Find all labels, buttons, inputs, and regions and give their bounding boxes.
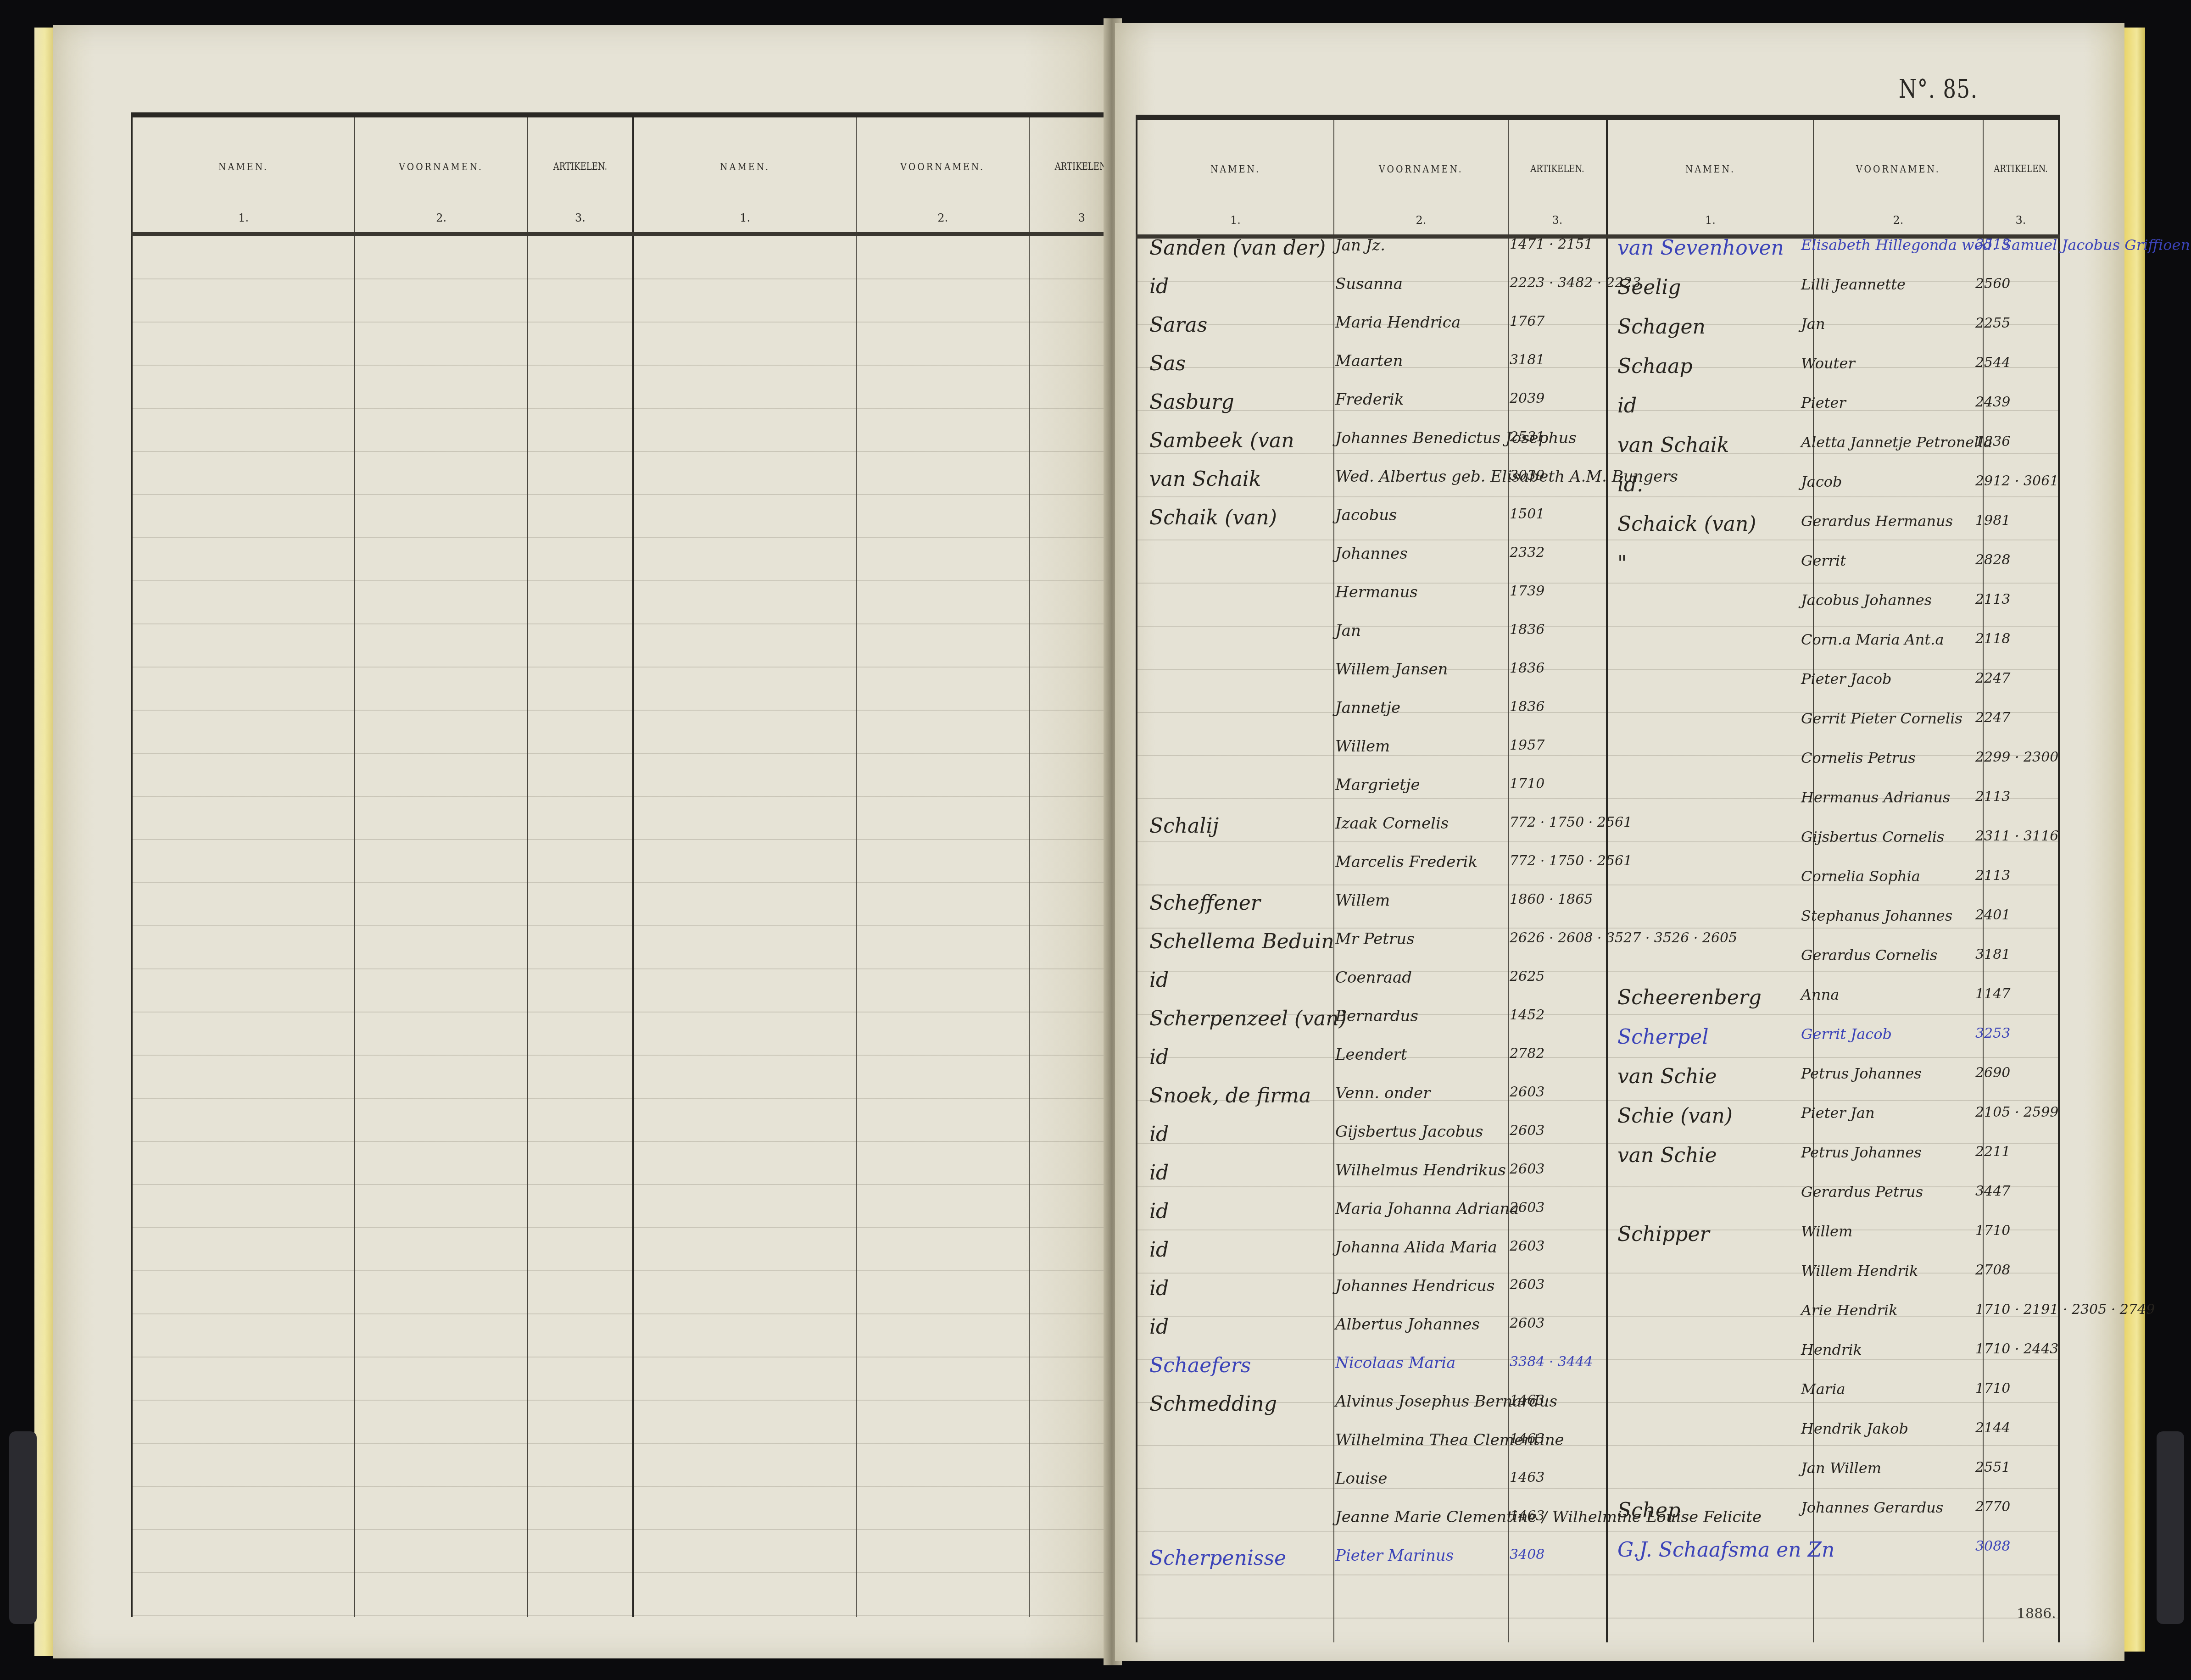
entry-given-names: Gerrit (1801, 552, 1846, 569)
entry-surname: van Schaik (1149, 467, 1261, 491)
entry-surname: id (1149, 1123, 1169, 1146)
entry-given-names: Jannetje (1335, 699, 1400, 717)
entry-article-numbers: 2113 (1975, 868, 2010, 884)
entry-article-numbers: 1981 (1975, 512, 2010, 528)
entry-article-numbers: 2332 (1510, 545, 1544, 561)
entry-surname: Schie (van) (1617, 1104, 1733, 1128)
entry-article-numbers: 2144 (1975, 1420, 2010, 1436)
entry-surname: Schep (1617, 1499, 1680, 1522)
entry-article-numbers: 1710 (1510, 776, 1544, 792)
entry-given-names: Hendrik (1801, 1341, 1862, 1358)
header-row: NAMEN.1. VOORNAMEN.2. ARTIKELEN.3. NAMEN… (132, 115, 1135, 234)
entry-given-names: Pieter Jacob (1801, 670, 1892, 688)
entry-given-names: Pieter Marinus (1335, 1546, 1454, 1565)
column-header-namen: NAMEN.1. (132, 115, 355, 234)
entry-article-numbers: 1463 (1510, 1431, 1544, 1447)
entry-article-numbers: 1739 (1510, 583, 1544, 599)
entry-given-names: Hermanus Adrianus (1801, 789, 1950, 806)
entry-given-names: Jacob (1801, 473, 1842, 490)
entry-given-names: Jacobus (1335, 506, 1397, 524)
entry-given-names: Maarten (1335, 352, 1403, 370)
entry-article-numbers: 2039 (1510, 390, 1544, 406)
entry-given-names: Venn. onder (1335, 1084, 1430, 1102)
entry-given-names: Gerardus Cornelis (1801, 946, 1937, 964)
entry-given-names: Arie Hendrik (1801, 1302, 1898, 1319)
entry-given-names: Petrus Johannes (1801, 1065, 1922, 1082)
entry-article-numbers: 2603 (1510, 1084, 1544, 1100)
entry-given-names: Albertus Johannes (1335, 1315, 1480, 1334)
right-page: N°. 85. NAMEN.1. VOORNAMEN.2. ARTIKELEN.… (1115, 23, 2124, 1661)
entry-given-names: Wouter (1801, 355, 1855, 372)
entry-surname: Schagen (1617, 315, 1706, 339)
entry-article-numbers: 2551 (1975, 1459, 2010, 1475)
entry-article-numbers: 2603 (1510, 1161, 1544, 1177)
column-header-artikelen: ARTIKELEN.3. (528, 115, 633, 234)
entry-given-names: Johannes (1335, 545, 1408, 563)
entry-surname: id (1149, 968, 1169, 992)
entry-surname: Sanden (van der) (1149, 236, 1326, 260)
entry-article-numbers: 772 · 1750 · 2561 (1510, 814, 1632, 830)
entry-given-names: Jan Willem (1801, 1459, 1881, 1477)
entry-surname: " (1617, 552, 1627, 575)
entry-article-numbers: 1710 (1975, 1223, 2010, 1239)
entry-article-numbers: 2439 (1975, 394, 2010, 410)
entry-given-names: Maria Hendrica (1335, 313, 1461, 332)
entry-given-names: Corn.a Maria Ant.a (1801, 631, 1944, 648)
column-header-artikelen: ARTIKELEN.3. (1983, 117, 2059, 237)
entry-article-numbers: 1501 (1510, 506, 1544, 522)
entry-surname: id (1149, 1238, 1169, 1262)
left-book-corner (9, 1431, 37, 1624)
empty-cell (528, 234, 633, 1618)
entry-surname: Scherpel (1617, 1025, 1708, 1049)
entry-given-names: Coenraad (1335, 968, 1412, 987)
entry-given-names: Izaak Cornelis (1335, 814, 1449, 833)
right-book-corner (2157, 1431, 2184, 1624)
entry-article-numbers: 2603 (1510, 1123, 1544, 1139)
entry-given-names: Wilhelmus Hendrikus (1335, 1161, 1506, 1179)
entry-article-numbers: 2626 · 2608 · 3527 · 3526 · 2605 (1510, 930, 1737, 946)
column-header-voornamen: VOORNAMEN.2. (856, 115, 1029, 234)
entry-given-names: Louise (1335, 1469, 1387, 1488)
entry-given-names: Anna (1801, 986, 1839, 1003)
entry-surname: van Schaik (1617, 434, 1729, 457)
entry-given-names: Willem (1335, 737, 1390, 756)
entry-article-numbers: 2113 (1975, 789, 2010, 805)
entry-given-names: Gijsbertus Cornelis (1801, 828, 1944, 846)
entry-surname: Scheerenberg (1617, 986, 1762, 1009)
entry-surname: van Schie (1617, 1144, 1717, 1167)
entry-given-names: Johannes Hendricus (1335, 1277, 1494, 1295)
entry-surname: id (1149, 1277, 1169, 1300)
header-row: NAMEN.1. VOORNAMEN.2. ARTIKELEN.3. NAMEN… (1137, 117, 2059, 237)
entry-article-numbers: 3513 (1975, 236, 2010, 252)
entry-given-names: Johannes Gerardus (1801, 1499, 1943, 1516)
entry-article-numbers: 2211 (1975, 1144, 2010, 1160)
footer-year: 1886. (2017, 1606, 2056, 1622)
entry-surname: Scherpenisse (1149, 1546, 1286, 1570)
entry-article-numbers: 1710 · 2443 (1975, 1341, 2058, 1357)
entry-surname: Schaefers (1149, 1354, 1251, 1377)
entry-surname: Schipper (1617, 1223, 1710, 1246)
entry-article-numbers: 1463 (1510, 1392, 1544, 1408)
entry-article-numbers: 3181 (1510, 352, 1544, 368)
column-header-artikelen: ARTIKELEN.3. (1508, 117, 1607, 237)
entry-given-names: Frederik (1335, 390, 1404, 409)
entry-given-names: Pieter (1801, 394, 1846, 412)
entry-given-names: Mr Petrus (1335, 930, 1415, 948)
entry-surname: Scheffener (1149, 891, 1260, 915)
entry-article-numbers: 3039 (1510, 467, 1544, 484)
entry-surname: Schellema Beduin (1149, 930, 1334, 953)
entry-given-names: Aletta Jannetje Petronella (1801, 434, 1992, 451)
entry-article-numbers: 2603 (1510, 1238, 1544, 1254)
column-header-namen: NAMEN.1. (1607, 117, 1813, 237)
entry-article-numbers: 2625 (1510, 968, 1544, 985)
entry-given-names: Pieter Jan (1801, 1104, 1874, 1122)
entry-article-numbers: 2113 (1975, 591, 2010, 607)
entry-article-numbers: 3181 (1975, 946, 2010, 962)
entry-given-names: Willem Jansen (1335, 660, 1448, 679)
entry-surname: Schaap (1617, 355, 1693, 378)
entry-surname: Saras (1149, 313, 1207, 337)
entry-article-numbers: 2255 (1975, 315, 2010, 331)
entry-article-numbers: 1836 (1510, 622, 1544, 638)
entry-surname: id (1617, 394, 1637, 417)
entry-surname: Seelig (1617, 276, 1681, 299)
entry-surname: Snoek, de firma (1149, 1084, 1311, 1107)
entry-given-names: Stephanus Johannes (1801, 907, 1952, 924)
entry-given-names: Gerardus Hermanus (1801, 512, 1953, 530)
entry-article-numbers: 1710 (1975, 1380, 2010, 1396)
entry-given-names: Gerrit Jacob (1801, 1025, 1892, 1043)
entry-surname: Sambeek (van (1149, 429, 1294, 452)
entry-given-names: Jeanne Marie Clementine / Wilhelmine Lou… (1335, 1508, 1762, 1526)
entry-given-names: Jan Jz. (1335, 236, 1385, 255)
entry-article-numbers: 2603 (1510, 1200, 1544, 1216)
entry-surname: Schaick (van) (1617, 512, 1756, 536)
entry-given-names: Gerrit Pieter Cornelis (1801, 710, 1962, 727)
entry-article-numbers: 1710 · 2191 · 2305 · 2749 (1975, 1302, 2155, 1318)
entry-article-numbers: 3253 (1975, 1025, 2010, 1041)
entry-article-numbers: 2603 (1510, 1315, 1544, 1331)
entry-surname: Schmedding (1149, 1392, 1277, 1416)
entry-article-numbers: 1836 (1510, 699, 1544, 715)
empty-cell (132, 234, 355, 1618)
entry-given-names: Cornelis Petrus (1801, 749, 1916, 767)
entry-given-names: Johanna Alida Maria (1335, 1238, 1497, 1257)
entry-given-names: Margrietje (1335, 776, 1420, 794)
entry-given-names: Jacobus Johannes (1801, 591, 1932, 609)
entry-surname: Sasburg (1149, 390, 1234, 414)
entry-given-names: Marcelis Frederik (1335, 853, 1477, 871)
entry-surname: id (1149, 1161, 1169, 1185)
entry-surname: id (1149, 1200, 1169, 1223)
right-page-edge (2124, 28, 2145, 1652)
entry-given-names: Willem (1335, 891, 1390, 910)
entry-article-numbers: 2118 (1975, 631, 2010, 647)
entry-article-numbers: 3447 (1975, 1183, 2010, 1199)
entry-article-numbers: 1463 (1510, 1469, 1544, 1485)
entry-given-names: Gerardus Petrus (1801, 1183, 1923, 1201)
entry-article-numbers: 1147 (1975, 986, 2010, 1002)
entry-surname: van Schie (1617, 1065, 1717, 1088)
entry-given-names: Jan (1335, 622, 1361, 640)
entry-article-numbers: 2912 · 3061 (1975, 473, 2058, 489)
entry-given-names: Maria Johanna Adriana (1335, 1200, 1519, 1218)
entry-given-names: Leendert (1335, 1046, 1407, 1064)
empty-body-row (132, 234, 1135, 1618)
entry-given-names: Petrus Johannes (1801, 1144, 1922, 1161)
entry-given-names: Bernardus (1335, 1007, 1418, 1025)
entry-given-names: Maria (1801, 1380, 1845, 1398)
entry-article-numbers: 2708 (1975, 1262, 2010, 1278)
entry-article-numbers: 2603 (1510, 1277, 1544, 1293)
entry-given-names: Gijsbertus Jacobus (1335, 1123, 1483, 1141)
empty-cell (633, 234, 856, 1618)
page-number: N°. 85. (1899, 74, 1978, 104)
entry-article-numbers: 1860 · 1865 (1510, 891, 1593, 907)
entry-surname: G.J. Schaafsma en Zn (1617, 1538, 1834, 1562)
entry-article-numbers: 2770 (1975, 1499, 2010, 1515)
entry-given-names: Hendrik Jakob (1801, 1420, 1908, 1437)
column-header-voornamen: VOORNAMEN.2. (1334, 117, 1508, 237)
left-register-table: NAMEN.1. VOORNAMEN.2. ARTIKELEN.3. NAMEN… (131, 112, 1136, 1617)
entry-article-numbers: 772 · 1750 · 2561 (1510, 853, 1632, 869)
entry-surname: id. (1617, 473, 1643, 496)
entry-article-numbers: 2299 · 2300 (1975, 749, 2058, 765)
entry-article-numbers: 2401 (1975, 907, 2010, 923)
entry-surname: Scherpenzeel (van) (1149, 1007, 1347, 1030)
entry-surname: Schalij (1149, 814, 1219, 838)
column-header-voornamen: VOORNAMEN.2. (1813, 117, 1983, 237)
empty-cell (355, 234, 528, 1618)
entry-given-names: Willem (1801, 1223, 1852, 1240)
entry-article-numbers: 2247 (1975, 710, 2010, 726)
column-header-namen: NAMEN.1. (1137, 117, 1334, 237)
entry-article-numbers: 2531 (1510, 429, 1544, 445)
entry-article-numbers: 2247 (1975, 670, 2010, 686)
entry-article-numbers: 1767 (1510, 313, 1544, 329)
entry-article-numbers: 1463 (1510, 1508, 1544, 1524)
entry-surname: id (1149, 275, 1169, 298)
entry-surname: Schaik (van) (1149, 506, 1277, 529)
entry-surname: Sas (1149, 352, 1186, 375)
entry-article-numbers: 2311 · 3116 (1975, 828, 2058, 844)
entry-given-names: Susanna (1335, 275, 1403, 293)
column-header-voornamen: VOORNAMEN.2. (355, 115, 528, 234)
entry-article-numbers: 3408 (1510, 1546, 1544, 1563)
column-header-namen: NAMEN.1. (633, 115, 856, 234)
entry-given-names: Nicolaas Maria (1335, 1354, 1455, 1372)
entry-article-numbers: 1957 (1510, 737, 1544, 753)
entry-given-names: Jan (1801, 315, 1825, 333)
entry-article-numbers: 1452 (1510, 1007, 1544, 1023)
entry-surname: id (1149, 1046, 1169, 1069)
entry-article-numbers: 1836 (1975, 434, 2010, 450)
entry-given-names: Lilli Jeannette (1801, 276, 1906, 293)
entry-given-names: Willem Hendrik (1801, 1262, 1918, 1279)
entry-given-names: Hermanus (1335, 583, 1418, 601)
entry-article-numbers: 2782 (1510, 1046, 1544, 1062)
entry-article-numbers: 2560 (1975, 276, 2010, 292)
left-page: NAMEN.1. VOORNAMEN.2. ARTIKELEN.3. NAMEN… (53, 25, 1108, 1658)
entry-article-numbers: 1471 · 2151 (1510, 236, 1593, 252)
entry-article-numbers: 3384 · 3444 (1510, 1354, 1593, 1370)
entry-article-numbers: 2828 (1975, 552, 2010, 568)
left-page-edge (34, 28, 55, 1656)
entry-article-numbers: 2690 (1975, 1065, 2010, 1081)
entry-surname: id (1149, 1315, 1169, 1339)
entry-article-numbers: 2544 (1975, 355, 2010, 371)
entry-surname: van Sevenhoven (1617, 236, 1784, 260)
entry-article-numbers: 2105 · 2599 (1975, 1104, 2058, 1120)
entry-article-numbers: 3088 (1975, 1538, 2010, 1554)
empty-cell (856, 234, 1029, 1618)
entry-article-numbers: 1836 (1510, 660, 1544, 676)
entry-given-names: Cornelia Sophia (1801, 868, 1920, 885)
